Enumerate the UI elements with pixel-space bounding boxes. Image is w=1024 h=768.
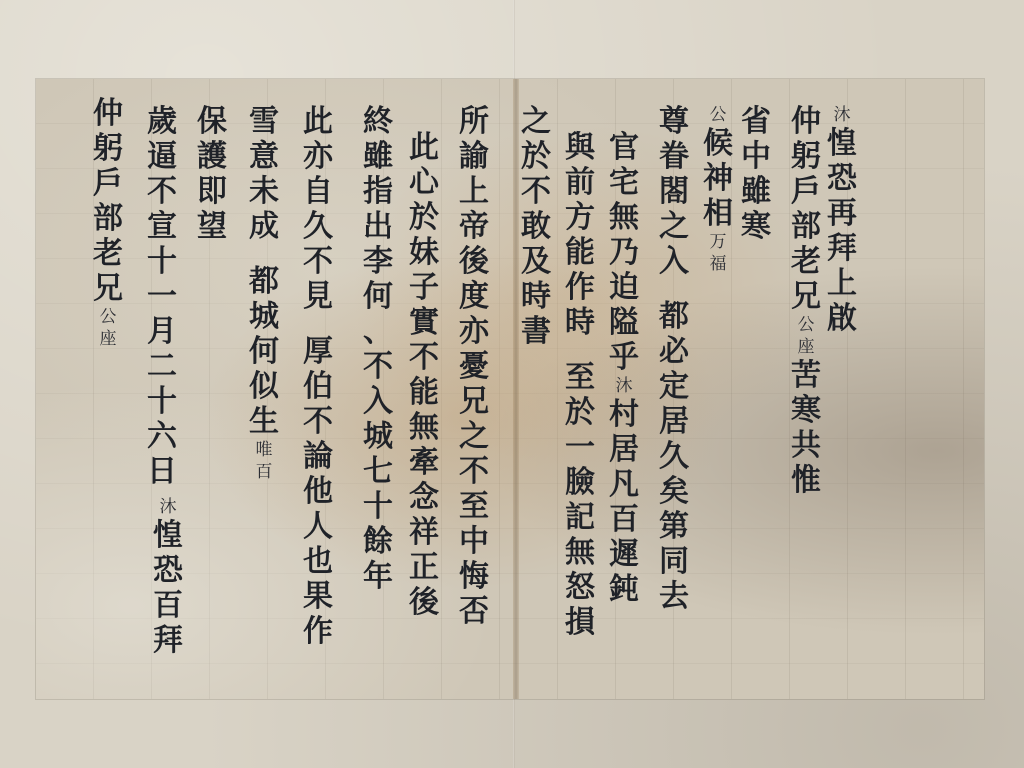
calligraphy-column-2: 仲躬戶部老兄公座苦寒共惟 (789, 104, 823, 498)
character: 矣 (657, 474, 691, 509)
character: 此 (301, 104, 335, 139)
character: 入 (361, 384, 395, 419)
character: 日 (145, 454, 179, 489)
character: 帝 (457, 209, 491, 244)
character: 老 (91, 236, 125, 271)
character: 時 (519, 279, 553, 314)
character: 伯 (301, 369, 335, 404)
character: 躬 (789, 139, 823, 174)
character: 百 (607, 502, 641, 537)
character: 與 (563, 130, 597, 165)
character: 入 (657, 244, 691, 279)
character: 他 (301, 474, 335, 509)
annotation-character: 万 (701, 231, 735, 253)
annotation-character: 福 (701, 253, 735, 275)
calligraphy-column-4: 公候神相万福 (701, 104, 735, 275)
character: 六 (145, 419, 179, 454)
character: 月 (145, 314, 179, 349)
character: 凡 (607, 467, 641, 502)
character: 村 (607, 397, 641, 432)
character: 見 (301, 279, 335, 314)
character: 仲 (91, 96, 125, 131)
character: 不 (301, 404, 335, 439)
character: 宣 (145, 209, 179, 244)
character: 意 (247, 139, 281, 174)
character: 何 (361, 279, 395, 314)
character: 第 (657, 509, 691, 544)
calligraphy-column-12: 此亦自久不見厚伯不論他人也果作 (301, 104, 335, 649)
character: 不 (407, 340, 441, 375)
character: 一 (563, 430, 597, 465)
character: 果 (301, 579, 335, 614)
character: 臉 (563, 465, 597, 500)
character: 苦 (789, 358, 823, 393)
character: 方 (563, 200, 597, 235)
character: 至 (457, 489, 491, 524)
character: 於 (519, 139, 553, 174)
character: 能 (563, 235, 597, 270)
character: 居 (657, 404, 691, 439)
character: 迫 (607, 270, 641, 305)
character: 戶 (789, 174, 823, 209)
character: 七 (361, 454, 395, 489)
character: 及 (519, 244, 553, 279)
character: 雖 (739, 174, 773, 209)
character: 不 (457, 454, 491, 489)
character: 歲 (145, 104, 179, 139)
character: 度 (457, 279, 491, 314)
annotation-character: 百 (247, 461, 281, 483)
calligraphy-column-13: 雪意未成都城何似生唯百 (247, 104, 281, 483)
calligraphy-column-16: 仲躬戶部老兄公座 (91, 96, 125, 350)
character: 候 (701, 126, 735, 161)
character: 至 (563, 360, 597, 395)
annotation-character: 公 (789, 314, 823, 336)
character: 、 (361, 314, 395, 349)
character: 未 (247, 174, 281, 209)
character: 都 (657, 299, 691, 334)
character: 十 (145, 384, 179, 419)
character: 妹 (407, 235, 441, 270)
annotation-character: 沐 (825, 104, 859, 126)
character: 定 (657, 369, 691, 404)
character: 否 (457, 594, 491, 629)
character: 惶 (825, 126, 859, 161)
character: 恐 (825, 161, 859, 196)
character: 二 (145, 349, 179, 384)
character: 實 (407, 305, 441, 340)
character: 相 (701, 196, 735, 231)
calligraphy-column-15: 歲逼不宣十一月二十六日 (145, 104, 179, 489)
character: 時 (563, 305, 597, 340)
character: 年 (361, 559, 395, 594)
character: 厚 (301, 334, 335, 369)
character: 城 (247, 299, 281, 334)
character: 不 (519, 174, 553, 209)
character: 人 (301, 509, 335, 544)
character: 乃 (607, 235, 641, 270)
character: 不 (145, 174, 179, 209)
character: 不 (301, 244, 335, 279)
character: 尊 (657, 104, 691, 139)
annotation-character: 公 (701, 104, 735, 126)
character: 保 (195, 104, 229, 139)
character: 無 (407, 410, 441, 445)
character: 仲 (789, 104, 823, 139)
character: 寒 (789, 393, 823, 428)
character: 憂 (457, 349, 491, 384)
calligraphy-column-6: 官宅無乃迫隘乎沐村居凡百遲鈍 (607, 130, 641, 607)
character: 牽 (407, 445, 441, 480)
character: 惟 (789, 463, 823, 498)
character: 兄 (789, 279, 823, 314)
character: 此 (407, 130, 441, 165)
character: 不 (361, 349, 395, 384)
character: 諭 (457, 139, 491, 174)
character: 即 (195, 174, 229, 209)
character: 隘 (607, 305, 641, 340)
character: 似 (247, 369, 281, 404)
character: 拜 (825, 231, 859, 266)
calligraphy-column-10: 此心於妹子實不能無牽念祥正後 (407, 130, 441, 620)
character: 悔 (457, 559, 491, 594)
character: 省 (739, 104, 773, 139)
annotation-character: 座 (789, 336, 823, 358)
character: 前 (563, 165, 597, 200)
character: 部 (789, 209, 823, 244)
character: 久 (301, 209, 335, 244)
character: 望 (195, 209, 229, 244)
calligraphy-column-9: 所諭上帝後度亦憂兄之不至中悔否 (457, 104, 491, 629)
character: 所 (457, 104, 491, 139)
character: 鈍 (607, 572, 641, 607)
character: 雖 (361, 139, 395, 174)
calligraphy-column-1: 沐惶恐再拜上啟 (825, 104, 859, 336)
character: 去 (657, 579, 691, 614)
character: 久 (657, 439, 691, 474)
character: 共 (789, 428, 823, 463)
character: 亦 (301, 139, 335, 174)
character: 都 (247, 264, 281, 299)
character: 一 (145, 279, 179, 314)
character: 閤 (657, 174, 691, 209)
character: 兄 (457, 384, 491, 419)
annotation-character: 唯 (247, 439, 281, 461)
calligraphy-column-17: 沐惶恐百拜 (151, 496, 185, 658)
character: 十 (145, 244, 179, 279)
character: 再 (825, 196, 859, 231)
annotation-character: 沐 (151, 496, 185, 518)
character: 惶 (151, 518, 185, 553)
character: 中 (739, 139, 773, 174)
calligraphy-column-5: 尊眷閤之入都必定居久矣第同去 (657, 104, 691, 614)
character: 無 (607, 200, 641, 235)
calligraphy-column-8: 之於不敢及時書 (519, 104, 553, 349)
character: 必 (657, 334, 691, 369)
character: 之 (657, 209, 691, 244)
character: 書 (519, 314, 553, 349)
character: 後 (407, 585, 441, 620)
character: 損 (563, 605, 597, 640)
character: 拜 (151, 623, 185, 658)
character: 寒 (739, 209, 773, 244)
calligraphy-column-3: 省中雖寒 (739, 104, 773, 244)
character: 上 (457, 174, 491, 209)
character: 終 (361, 104, 395, 139)
character: 之 (519, 104, 553, 139)
character: 敢 (519, 209, 553, 244)
character: 啟 (825, 301, 859, 336)
character: 兄 (91, 271, 125, 306)
character: 恐 (151, 553, 185, 588)
character: 百 (151, 588, 185, 623)
calligraphy-column-14: 保護即望 (195, 104, 229, 244)
calligraphy-column-7: 與前方能作時至於一臉記無怒損 (563, 130, 597, 640)
character: 乎 (607, 340, 641, 375)
character: 部 (91, 201, 125, 236)
character: 中 (457, 524, 491, 559)
character: 李 (361, 244, 395, 279)
character: 正 (407, 550, 441, 585)
character: 躬 (91, 131, 125, 166)
character: 宅 (607, 165, 641, 200)
character: 官 (607, 130, 641, 165)
character: 自 (301, 174, 335, 209)
character: 十 (361, 489, 395, 524)
character: 無 (563, 535, 597, 570)
character: 作 (301, 614, 335, 649)
character: 也 (301, 544, 335, 579)
character: 上 (825, 266, 859, 301)
character: 生 (247, 404, 281, 439)
character: 論 (301, 439, 335, 474)
character: 雪 (247, 104, 281, 139)
character: 老 (789, 244, 823, 279)
character: 記 (563, 500, 597, 535)
character: 於 (407, 200, 441, 235)
character: 作 (563, 270, 597, 305)
character: 之 (457, 419, 491, 454)
character: 餘 (361, 524, 395, 559)
character: 居 (607, 432, 641, 467)
character: 成 (247, 209, 281, 244)
character: 城 (361, 419, 395, 454)
character: 戶 (91, 166, 125, 201)
character: 念 (407, 480, 441, 515)
character: 同 (657, 544, 691, 579)
character: 神 (701, 161, 735, 196)
character: 亦 (457, 314, 491, 349)
character: 指 (361, 174, 395, 209)
character: 於 (563, 395, 597, 430)
character: 子 (407, 270, 441, 305)
character: 心 (407, 165, 441, 200)
annotation-character: 沐 (607, 375, 641, 397)
character: 怒 (563, 570, 597, 605)
annotation-character: 公 (91, 306, 125, 328)
calligraphy-column-11: 終雖指出李何、不入城七十餘年 (361, 104, 395, 594)
character: 何 (247, 334, 281, 369)
character: 遲 (607, 537, 641, 572)
character: 能 (407, 375, 441, 410)
annotation-character: 座 (91, 328, 125, 350)
character: 出 (361, 209, 395, 244)
character: 逼 (145, 139, 179, 174)
character: 後 (457, 244, 491, 279)
character: 祥 (407, 515, 441, 550)
character: 眷 (657, 139, 691, 174)
character: 護 (195, 139, 229, 174)
